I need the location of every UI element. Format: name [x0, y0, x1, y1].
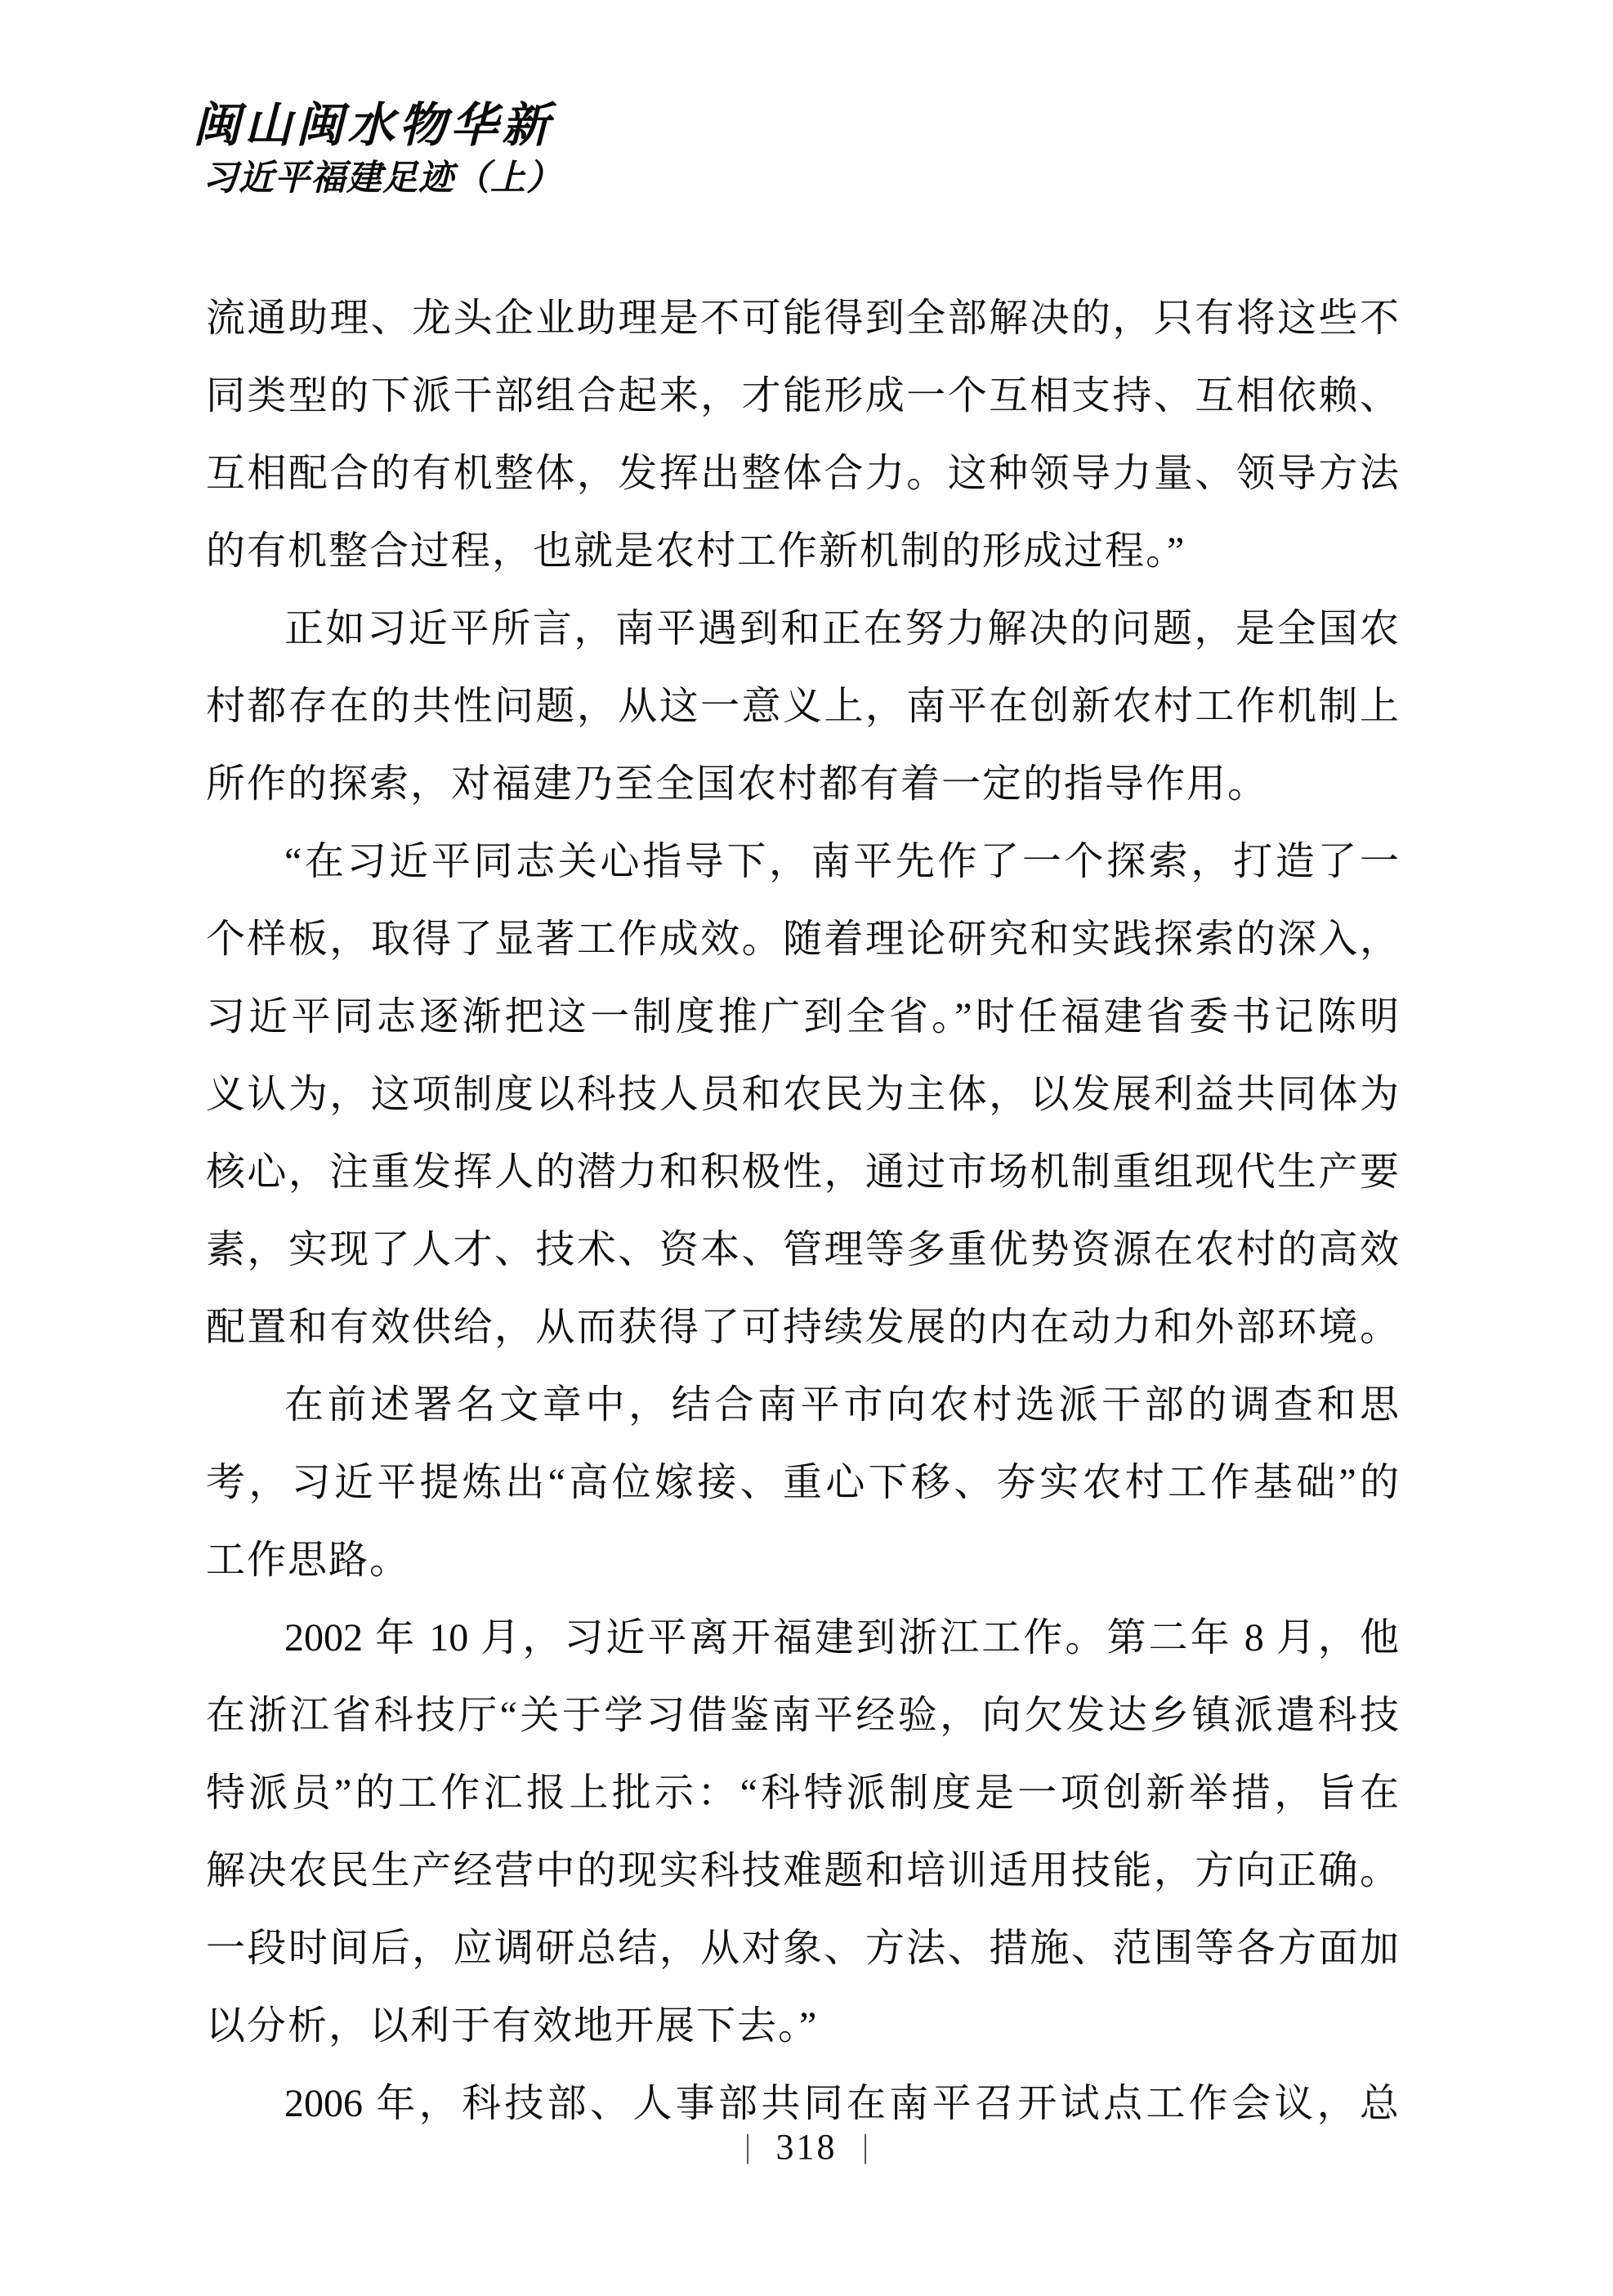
body-line: 解决农民生产经营中的现实科技难题和培训适用技能，方向正确。 — [206, 1832, 1399, 1910]
body-line: 个样板，取得了显著工作成效。随着理论研究和实践探索的深入， — [206, 900, 1399, 978]
footer-divider-left: | — [746, 2123, 751, 2170]
body-line: 正如习近平所言，南平遇到和正在努力解决的问题，是全国农 — [206, 590, 1399, 668]
body-text: 流通助理、龙头企业助理是不可能得到全部解决的，只有将这些不同类型的下派干部组合起… — [206, 279, 1399, 2142]
book-title-calligraphy: 习近平福建足迹（上） — [203, 150, 562, 200]
book-page: 闽山闽水物华新 习近平福建足迹（上） 流通助理、龙头企业助理是不可能得到全部解决… — [0, 0, 1613, 2296]
body-line: 同类型的下派干部组合起来，才能形成一个互相支持、互相依赖、 — [206, 357, 1399, 435]
series-title-calligraphy: 闽山闽水物华新 — [193, 87, 553, 155]
page-number: 318 — [776, 2124, 838, 2171]
body-line: 素，实现了人才、技术、资本、管理等多重优势资源在农村的高效 — [206, 1211, 1399, 1289]
body-line: 的有机整合过程，也就是农村工作新机制的形成过程。” — [206, 512, 1399, 590]
body-line: 考，习近平提炼出“高位嫁接、重心下移、夯实农村工作基础”的 — [206, 1444, 1399, 1521]
body-line: 村都存在的共性问题，从这一意义上，南平在创新农村工作机制上 — [206, 668, 1399, 745]
body-line: 流通助理、龙头企业助理是不可能得到全部解决的，只有将这些不 — [206, 279, 1399, 357]
body-line: 习近平同志逐渐把这一制度推广到全省。”时任福建省委书记陈明 — [206, 978, 1399, 1056]
body-line: “在习近平同志关心指导下，南平先作了一个探索，打造了一 — [206, 823, 1399, 900]
body-line: 配置和有效供给，从而获得了可持续发展的内在动力和外部环境。 — [206, 1289, 1399, 1366]
body-line: 2002 年 10 月，习近平离开福建到浙江工作。第二年 8 月，他 — [206, 1599, 1399, 1677]
body-line: 义认为，这项制度以科技人员和农民为主体，以发展利益共同体为 — [206, 1056, 1399, 1133]
footer-divider-right: | — [863, 2123, 868, 2170]
body-line: 所作的探索，对福建乃至全国农村都有着一定的指导作用。 — [206, 745, 1399, 823]
page-footer: |318| — [0, 2123, 1613, 2171]
body-line: 互相配合的有机整体，发挥出整体合力。这种领导力量、领导方法 — [206, 435, 1399, 512]
body-line: 核心，注重发挥人的潜力和积极性，通过市场机制重组现代生产要 — [206, 1133, 1399, 1211]
body-line: 特派员”的工作汇报上批示：“科特派制度是一项创新举措，旨在 — [206, 1754, 1399, 1832]
body-line: 在前述署名文章中，结合南平市向农村选派干部的调查和思 — [206, 1366, 1399, 1444]
body-line: 一段时间后，应调研总结，从对象、方法、措施、范围等各方面加 — [206, 1910, 1399, 1987]
body-line: 在浙江省科技厅“关于学习借鉴南平经验，向欠发达乡镇派遣科技 — [206, 1677, 1399, 1754]
body-line: 工作思路。 — [206, 1521, 1399, 1599]
body-line: 以分析，以利于有效地开展下去。” — [206, 1987, 1399, 2065]
